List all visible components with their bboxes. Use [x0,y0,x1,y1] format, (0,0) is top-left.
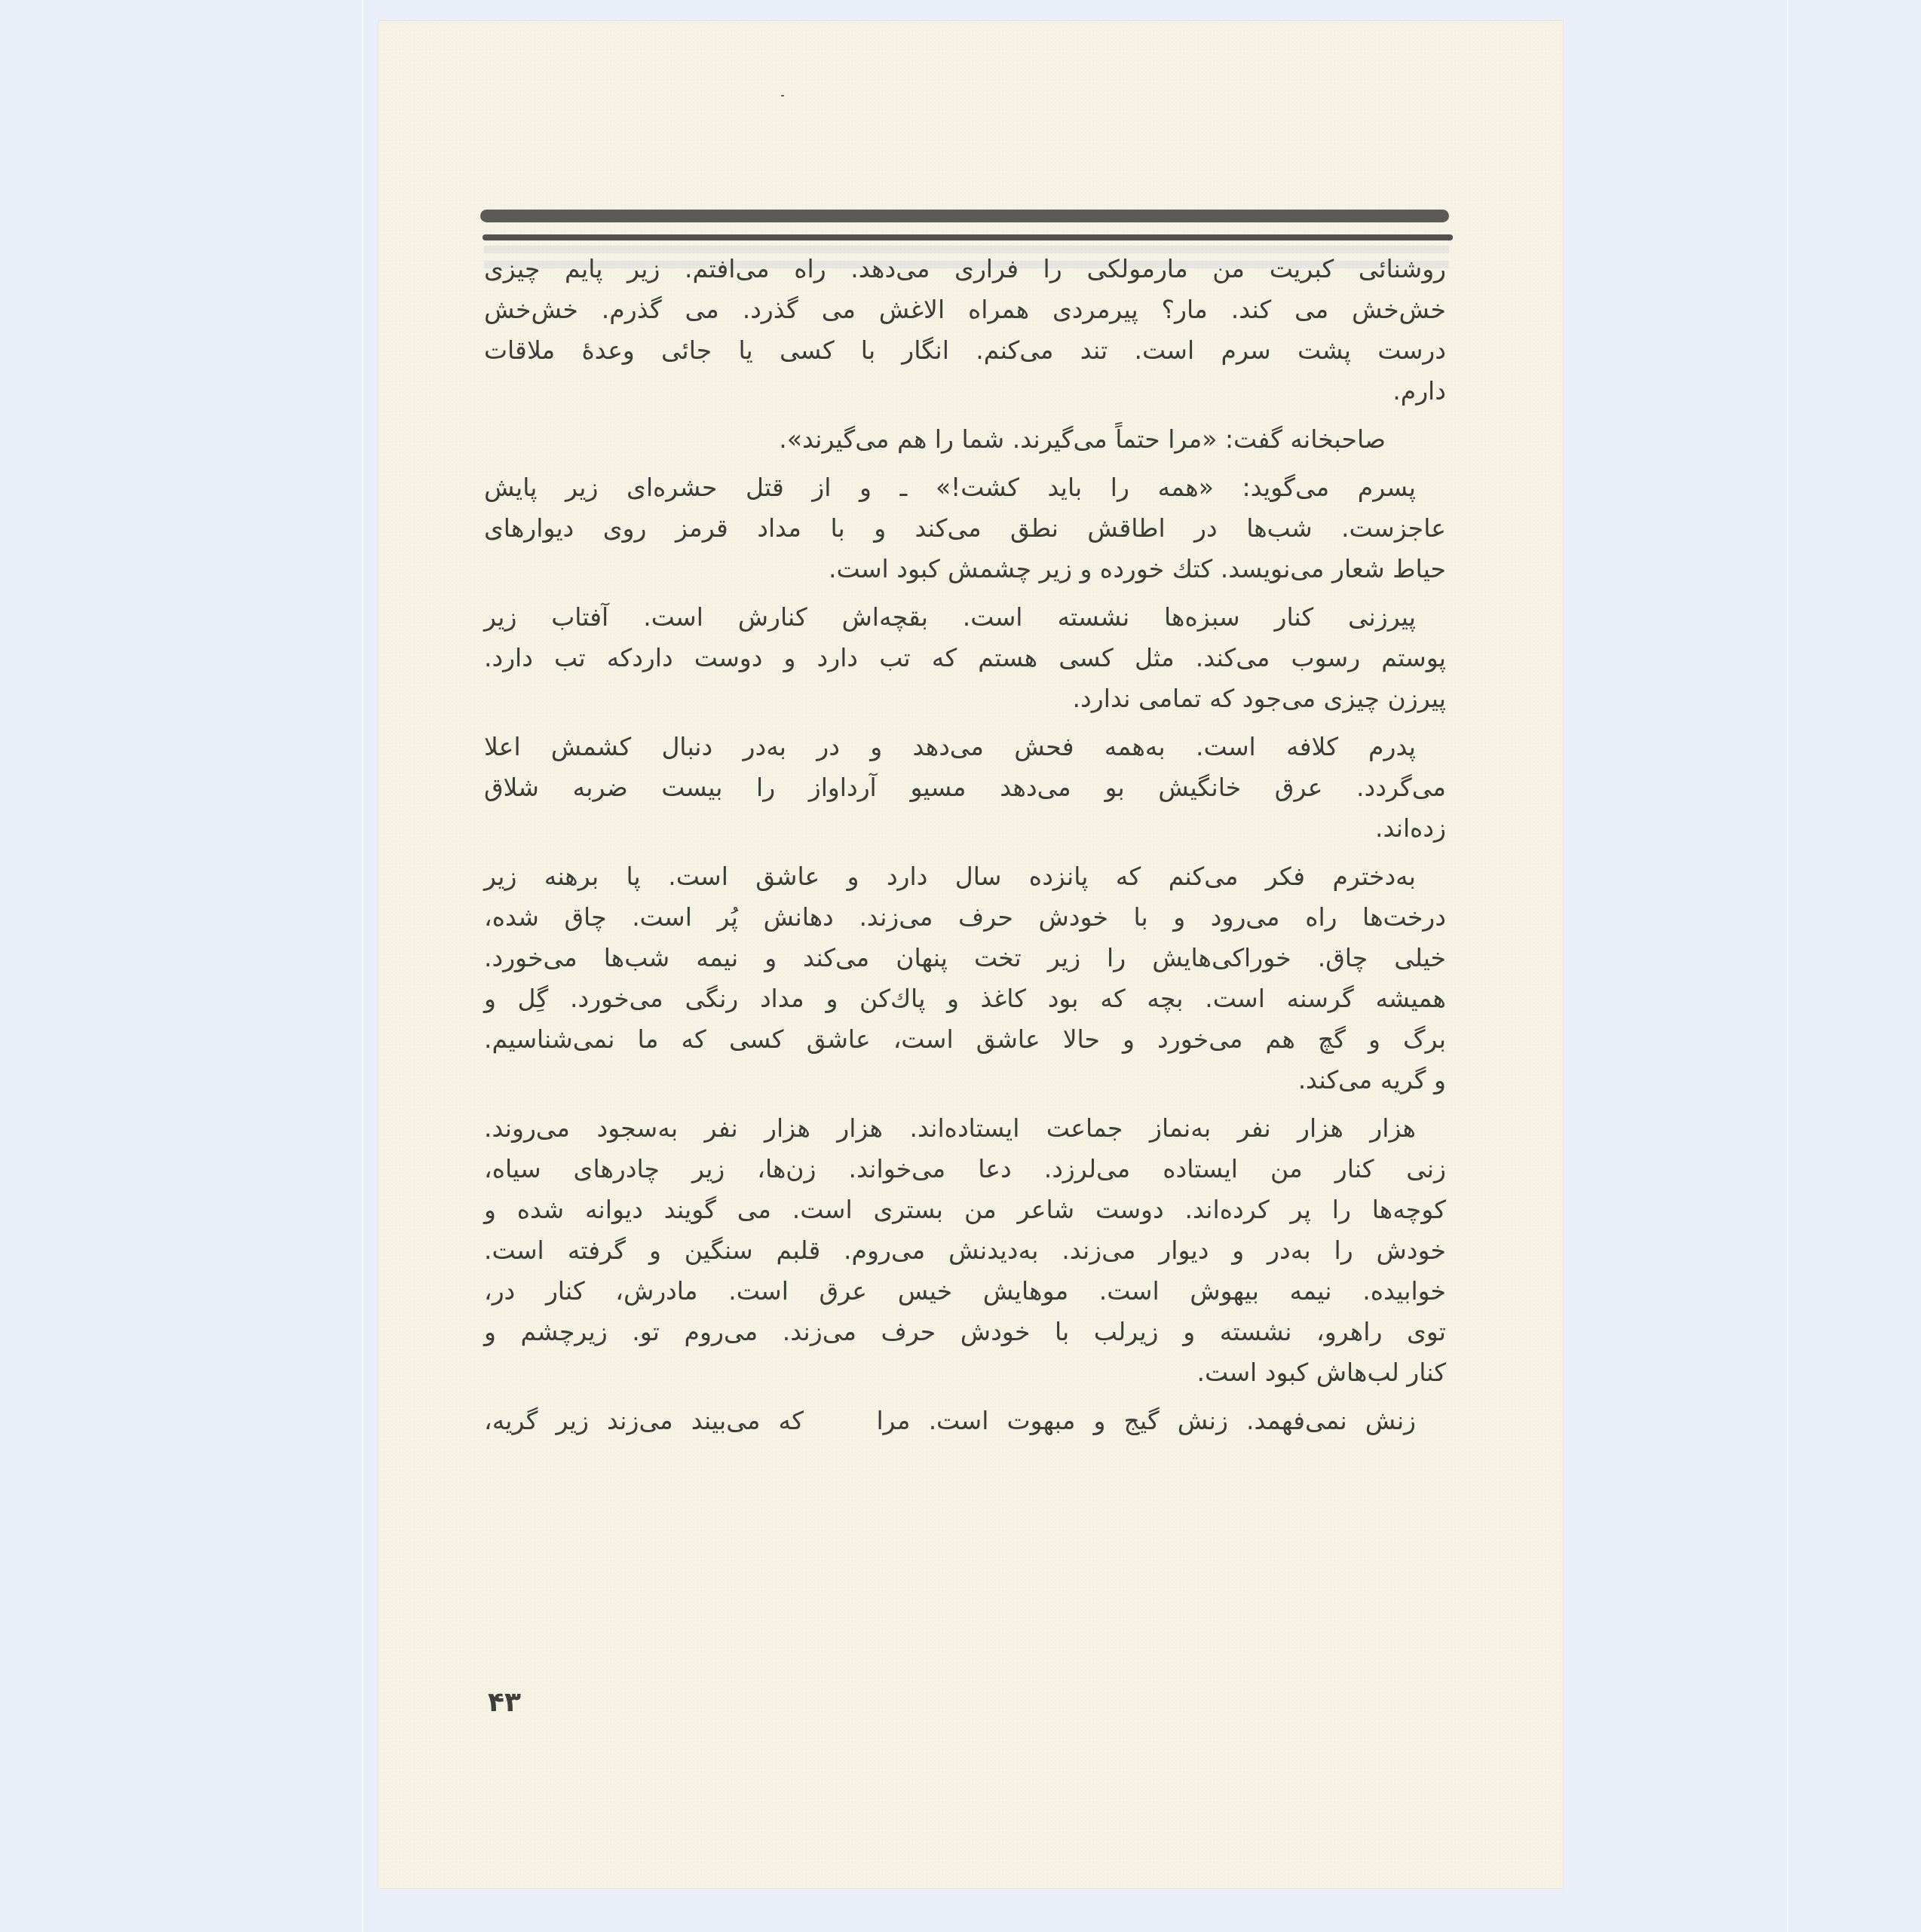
paragraph: پیرزنی کنار سبزه‌ها نشسته است. بقچه‌اش ک… [484,597,1446,719]
text-line: پسرم می‌گوید: «همه را باید کشت!» ـ و از … [484,467,1446,508]
scanner-stripe [1787,0,1788,1932]
text-line: کوچه‌ها را پر کرده‌اند. دوست شاعر من بست… [484,1190,1446,1230]
paragraph: به‌دخترم فکر می‌کنم که پانزده سال دارد و… [484,856,1446,1101]
paragraph: هزار هزار نفر به‌نماز جماعت ایستاده‌اند.… [484,1108,1446,1393]
paragraph: پدرم کلافه است. به‌همه فحش می‌دهد و در ب… [484,727,1446,849]
text-line: دارم. [484,371,1446,412]
text-line: روشنائی کبریت من مارمولکی را فراری می‌ده… [484,249,1446,289]
text-line: پیرزن چیزی می‌جود که تمامی ندارد. [484,678,1446,719]
text-line: زنی کنار من ایستاده می‌لرزد. دعا می‌خوان… [484,1149,1446,1190]
paragraph: روشنائی کبریت من مارمولکی را فراری می‌ده… [484,249,1446,412]
text-line: پیرزنی کنار سبزه‌ها نشسته است. بقچه‌اش ک… [484,597,1446,638]
text-line: عاجزست. شب‌ها در اطاقش نطق می‌کند و با م… [484,508,1446,549]
header-rule-thick [480,210,1449,222]
text-line: و گریه می‌کند. [484,1060,1446,1101]
paragraph: صاحبخانه گفت: «مرا حتماً می‌گیرند. شما ر… [484,419,1446,460]
text-line: خیلی چاق. خوراکی‌هایش را زیر تخت پنهان م… [484,938,1446,978]
text-line: زنش نمی‌فهمد. زنش گیج و مبهوت است. مرا ک… [484,1401,1446,1441]
paragraph: زنش نمی‌فهمد. زنش گیج و مبهوت است. مرا ک… [484,1401,1446,1441]
text-line: می‌گردد. عرق خانگیش بو می‌دهد مسیو آرداو… [484,767,1446,808]
text-line: کنار لب‌هاش کبود است. [484,1352,1446,1393]
text-line: پدرم کلافه است. به‌همه فحش می‌دهد و در ب… [484,727,1446,767]
body-text: روشنائی کبریت من مارمولکی را فراری می‌ده… [484,249,1446,1449]
text-line: حیاط شعار می‌نویسد. کتك خورده و زیر چشمش… [484,549,1446,589]
text-line: درست پشت سرم است. تند می‌کنم. انگار با ک… [484,330,1446,371]
text-line: درخت‌ها راه می‌رود و با خودش حرف می‌زند.… [484,897,1446,938]
text-line: زده‌اند. [484,808,1446,849]
text-line: پوستم رسوب می‌کند. مثل کسی هستم که تب دا… [484,638,1446,678]
text-line: خودش را به‌در و دیوار می‌زند. به‌دیدنش م… [484,1230,1446,1271]
text-line: صاحبخانه گفت: «مرا حتماً می‌گیرند. شما ر… [484,419,1446,460]
text-line: به‌دخترم فکر می‌کنم که پانزده سال دارد و… [484,856,1446,897]
text-line: توی راهرو، نشسته و زیرلب با خودش حرف می‌… [484,1312,1446,1352]
book-page: روشنائی کبریت من مارمولکی را فراری می‌ده… [378,21,1563,1888]
paragraph: پسرم می‌گوید: «همه را باید کشت!» ـ و از … [484,467,1446,589]
text-line: برگ و گچ هم می‌خورد و حالا عاشق است، عاش… [484,1019,1446,1060]
text-line: همیشه گرسنه است. بچه که بود کاغذ و پاك‌ک… [484,978,1446,1019]
text-line: خش‌خش می کند. مار؟ پیرمردی همراه الاغش م… [484,289,1446,330]
paper-speck [781,95,784,96]
text-line: هزار هزار نفر به‌نماز جماعت ایستاده‌اند.… [484,1108,1446,1149]
header-rule-thin [483,234,1453,240]
scanner-stripe [362,0,363,1932]
text-line: خوابیده. نیمه بیهوش است. موهایش خیس عرق … [484,1271,1446,1312]
page-number: ۴۳ [488,1687,521,1718]
